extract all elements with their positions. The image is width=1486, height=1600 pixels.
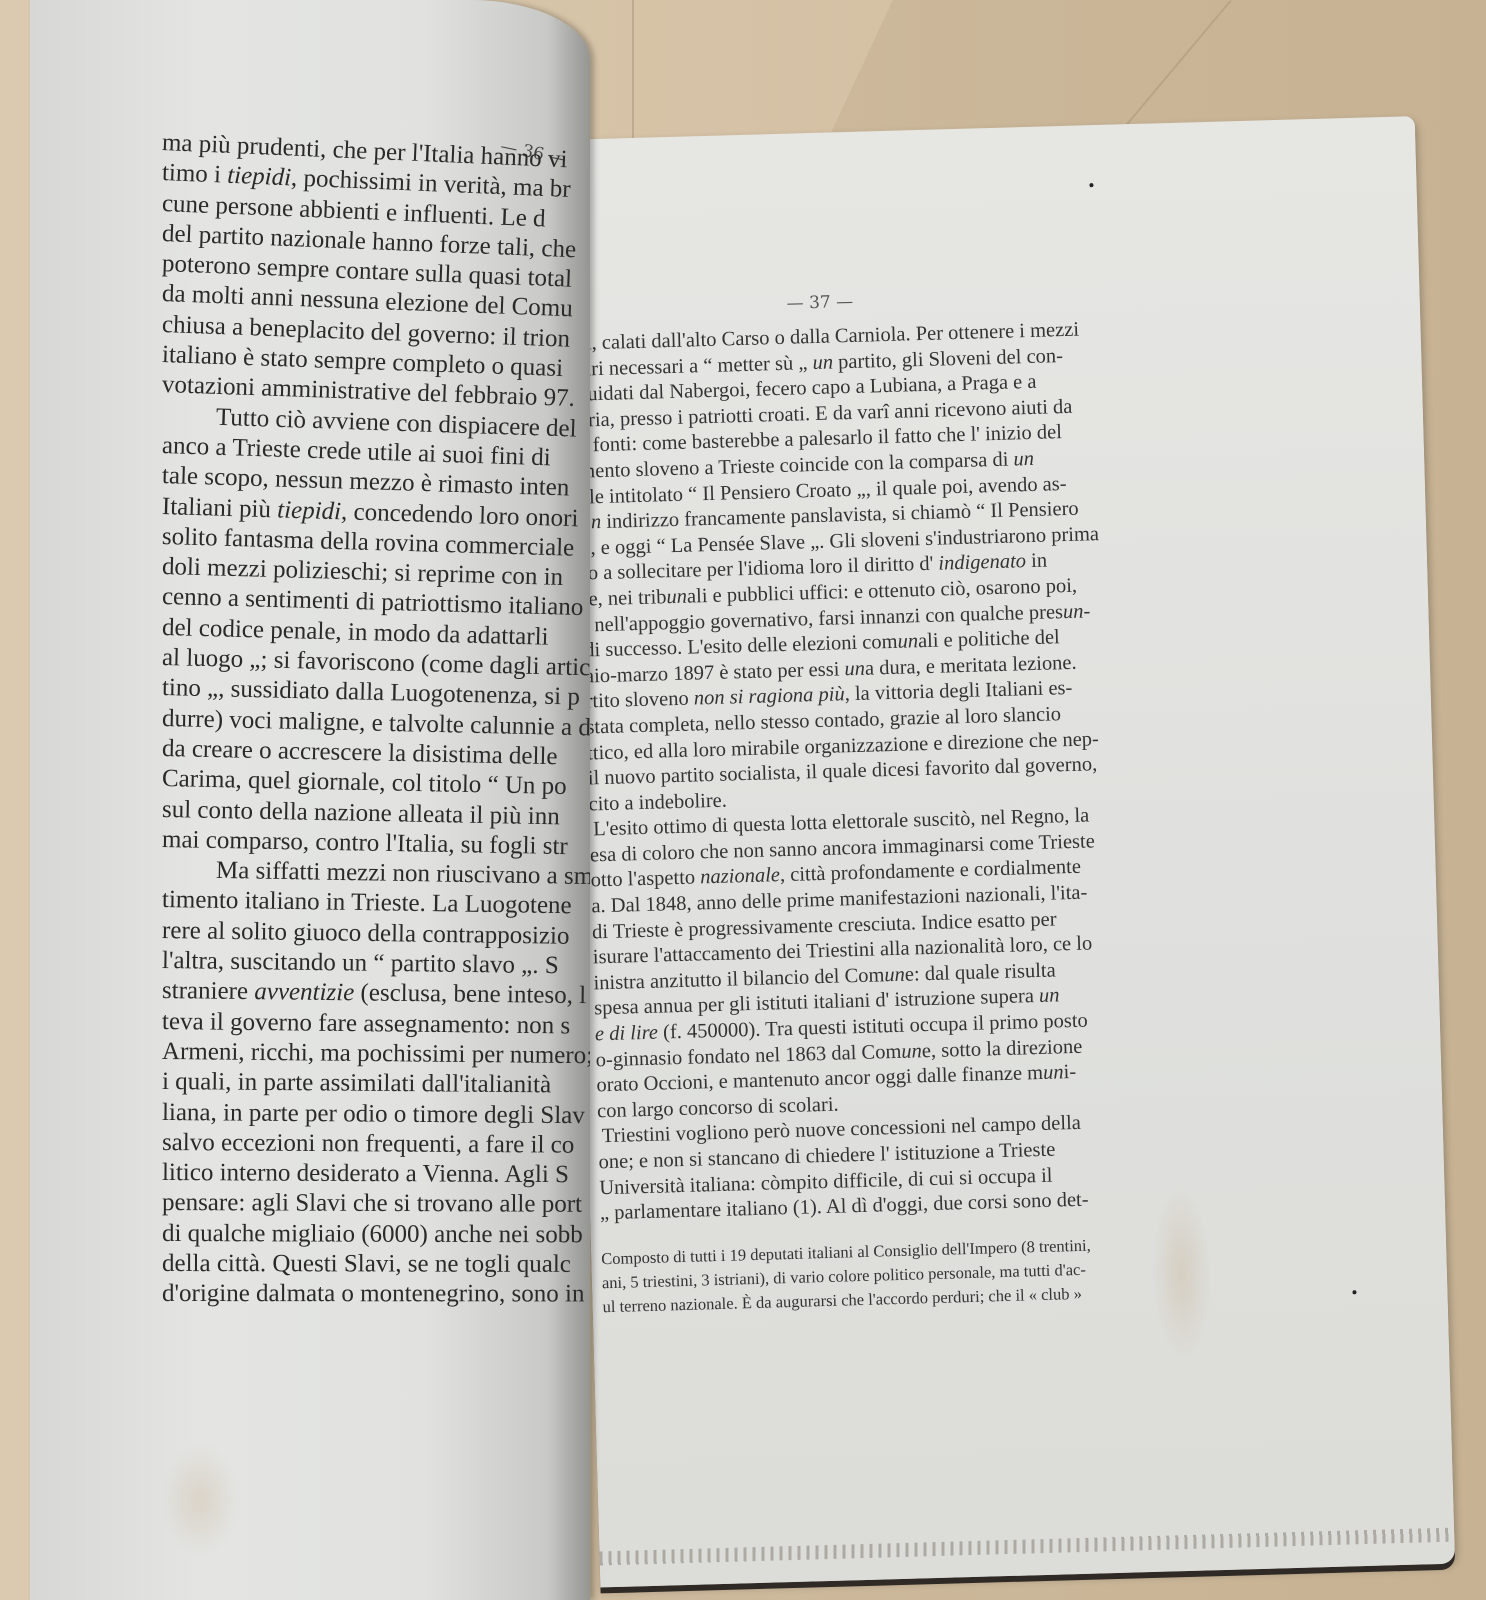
page-body-text: ma più prudenti, che per l'Italia hanno …: [162, 128, 590, 1310]
left-page-line: i quali, in parte assimilati dall'italia…: [162, 1067, 590, 1101]
left-page: — 36 — ma più prudenti, che per l'Italia…: [30, 0, 590, 1600]
right-page: — 37 — ni, calati dall'alto Carso o dall…: [560, 116, 1455, 1587]
left-page-line: della città. Questi Slavi, se ne togli q…: [162, 1249, 590, 1280]
footnote: Composto di tutti i 19 deputati italiani…: [601, 1231, 1173, 1319]
left-page-line: salvo eccezioni non frequenti, a fare il…: [162, 1128, 590, 1161]
left-page-line: teva il governo fare assegnamento: non s: [162, 1007, 590, 1042]
left-page-line: d'origine dalmata o montenegrino, sono i…: [162, 1279, 590, 1310]
paper-speck: [1089, 183, 1093, 187]
left-page-line: straniere avventizie (esclusa, bene inte…: [162, 976, 590, 1012]
paper-speck: [1352, 1290, 1356, 1294]
left-page-line: litico interno desiderato a Vienna. Agli…: [162, 1158, 590, 1191]
paper-stain: [160, 1440, 240, 1560]
page-number: — 37 —: [786, 292, 853, 314]
left-page-line: di qualche migliaio (6000) anche nei sob…: [162, 1219, 590, 1251]
left-page-line: Armeni, ricchi, ma pochissimi per numero…: [162, 1037, 590, 1072]
left-page-line: liana, in parte per odio o timore degli …: [162, 1098, 590, 1132]
page-deckle-edge: [599, 1528, 1454, 1566]
page-body-text: ni, calati dall'alto Carso o dalla Carni…: [575, 316, 1170, 1227]
left-page-line: pensare: agli Slavi che si trovano alle …: [162, 1188, 590, 1220]
